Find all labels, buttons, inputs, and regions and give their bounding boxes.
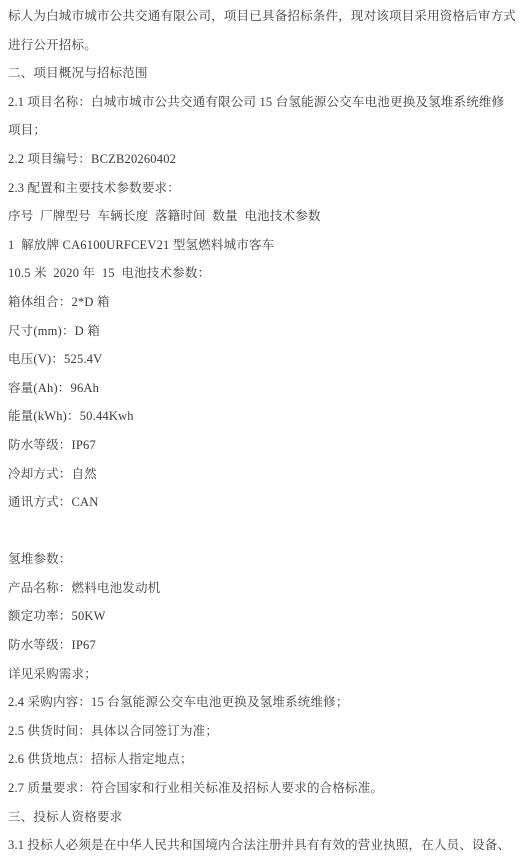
text-line: 2.4 采购内容：15 台氢能源公交车电池更换及氢堆系统维修； — [8, 688, 529, 717]
text-line: 二、项目概况与招标范围 — [8, 59, 529, 88]
document-page: 标人为白城市城市公共交通有限公司，项目已具备招标条件，现对该项目采用资格后审方式… — [0, 0, 529, 862]
text-line — [8, 517, 529, 546]
text-line: 10.5 米 2020 年 15 电池技术参数： — [8, 259, 529, 288]
text-line: 防水等级：IP67 — [8, 431, 529, 460]
text-line: 能量(kWh)：50.44Kwh — [8, 402, 529, 431]
text-line: 序号 厂牌型号 车辆长度 落籍时间 数量 电池技术参数 — [8, 202, 529, 231]
text-line: 尺寸(mm)：D 箱 — [8, 317, 529, 346]
text-line: 氢堆参数： — [8, 545, 529, 574]
document-body: 标人为白城市城市公共交通有限公司，项目已具备招标条件，现对该项目采用资格后审方式… — [8, 2, 529, 860]
text-line: 箱体组合：2*D 箱 — [8, 288, 529, 317]
text-line: 2.6 供货地点：招标人指定地点； — [8, 745, 529, 774]
text-line: 进行公开招标。 — [8, 31, 529, 60]
text-line: 1 解放牌 CA6100URFCEV21 型氢燃料城市客车 — [8, 231, 529, 260]
text-line: 容量(Ah)：96Ah — [8, 374, 529, 403]
text-line: 详见采购需求； — [8, 660, 529, 689]
text-line: 额定功率：50KW — [8, 602, 529, 631]
text-line: 产品名称：燃料电池发动机 — [8, 574, 529, 603]
text-line: 冷却方式：自然 — [8, 460, 529, 489]
text-line: 2.2 项目编号：BCZB20260402 — [8, 145, 529, 174]
text-line: 标人为白城市城市公共交通有限公司，项目已具备招标条件，现对该项目采用资格后审方式 — [8, 2, 529, 31]
text-line: 2.3 配置和主要技术参数要求： — [8, 174, 529, 203]
text-line: 2.7 质量要求：符合国家和行业相关标准及招标人要求的合格标准。 — [8, 774, 529, 803]
text-line: 项目； — [8, 116, 529, 145]
text-line: 通讯方式：CAN — [8, 488, 529, 517]
text-line: 防水等级：IP67 — [8, 631, 529, 660]
text-line: 电压(V)：525.4V — [8, 345, 529, 374]
text-line: 3.1 投标人必须是在中华人民共和国境内合法注册并具有有效的营业执照，在人员、设… — [8, 831, 529, 860]
text-line: 三、投标人资格要求 — [8, 803, 529, 832]
text-line: 2.5 供货时间：具体以合同签订为准； — [8, 717, 529, 746]
text-line: 2.1 项目名称：白城市城市公共交通有限公司 15 台氢能源公交车电池更换及氢堆… — [8, 88, 529, 117]
